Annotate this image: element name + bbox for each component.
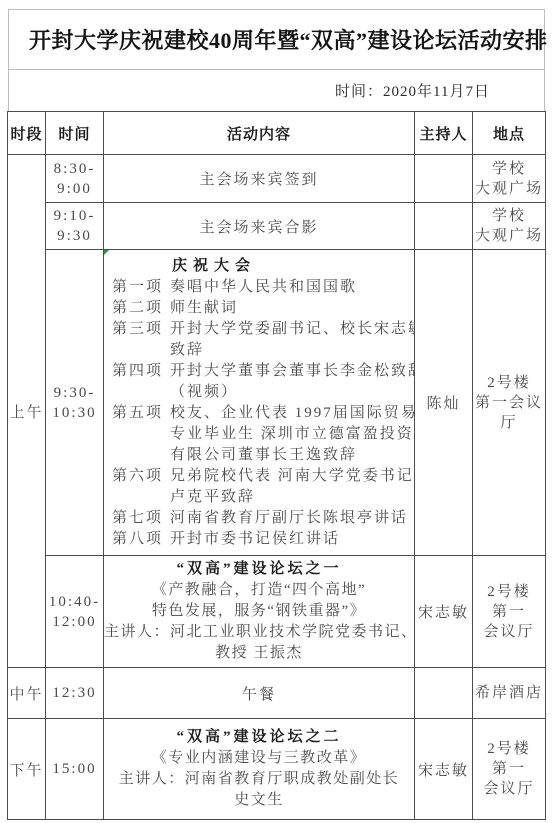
location-line: 学校: [473, 159, 545, 179]
location-cell-photo: 学校 大观广场: [473, 203, 546, 250]
agenda-item-label: 第六项: [112, 466, 163, 487]
agenda-item: 第七项 河南省教育厅副厅长陈垠亭讲话: [112, 508, 412, 529]
agenda-item: 第五项 校友、企业代表 1997届国际贸易 专业毕业生 深圳市立德富盈投资 有限…: [112, 403, 412, 466]
content-cell-ceremony: 庆祝大会 第一项 奏唱中华人民共和国国歌 第二项 师生献词 第三项: [104, 250, 415, 556]
content-cell-signin: 主会场来宾签到: [104, 155, 415, 203]
content-cell-forum1: “双高”建设论坛之一 《产教融合，打造“四个高地” 特色发展，服务“钢铁重器”》…: [104, 556, 415, 668]
location-line: 大观广场: [473, 226, 545, 246]
row-photo: 9:10- 9:30 主会场来宾合影 学校 大观广场: [8, 203, 546, 250]
document-page: 开封大学庆祝建校40周年暨“双高”建设论坛活动安排 时间：2020年11月7日 …: [0, 0, 553, 823]
agenda-item-label: 第五项: [112, 403, 163, 424]
col-header-content: 活动内容: [104, 112, 415, 155]
agenda-item-text: 专业毕业生 深圳市立德富盈投资: [170, 424, 412, 445]
location-line: 2号楼: [473, 739, 545, 759]
green-corner-marker: [104, 250, 109, 255]
host-cell-photo: [415, 203, 473, 250]
agenda-item-label: 第四项: [112, 361, 163, 382]
host-cell-signin: [415, 155, 473, 203]
forum1-line: 教授 王振杰: [104, 643, 414, 664]
forum2-line: 《专业内涵建设与三教改革》: [104, 748, 414, 769]
forum2-title: “双高”建设论坛之二: [104, 727, 414, 748]
row-forum2: 下午 15:00 “双高”建设论坛之二 《专业内涵建设与三教改革》 主讲人：河南…: [8, 719, 546, 820]
table-header-row: 时段 时间 活动内容 主持人 地点: [8, 112, 546, 155]
agenda-item-text: 开封市委书记侯红讲话: [170, 529, 412, 550]
forum2-line: 主讲人：河南省教育厅职成教处副处长: [104, 769, 414, 790]
page-title: 开封大学庆祝建校40周年暨“双高”建设论坛活动安排: [9, 24, 548, 55]
time-line: 12:00: [46, 612, 103, 632]
agenda-item-text: 卢克平致辞: [170, 487, 412, 508]
location-line: 大观广场: [473, 179, 545, 199]
time-line: 8:30-: [46, 159, 103, 179]
location-line: 第一: [473, 759, 545, 779]
agenda-item: 第八项 开封市委书记侯红讲话: [112, 529, 412, 550]
location-line: 厅: [473, 413, 545, 433]
agenda-item: 第一项 奏唱中华人民共和国国歌: [112, 277, 412, 298]
location-line: 学校: [473, 206, 545, 226]
location-line: 第一: [473, 602, 545, 622]
host-cell-ceremony: 陈灿: [415, 250, 473, 556]
location-line: 第一会议: [473, 393, 545, 413]
forum1-line: 主讲人：河北工业职业技术学院党委书记、: [104, 622, 414, 643]
time-cell-signin: 8:30- 9:00: [46, 155, 104, 203]
location-cell-forum2: 2号楼 第一 会议厅: [473, 719, 546, 820]
time-cell-ceremony: 9:30- 10:30: [46, 250, 104, 556]
schedule-table: 时段 时间 活动内容 主持人 地点 上午 8:30- 9:00 主会场来宾签到 …: [7, 111, 546, 820]
agenda-item-text: 河南省教育厅副厅长陈垠亭讲话: [170, 508, 412, 529]
col-header-location: 地点: [473, 112, 546, 155]
location-line: 希岸酒店: [473, 683, 545, 703]
agenda-item-text: 校友、企业代表 1997届国际贸易: [170, 403, 412, 424]
period-cell-afternoon: 下午: [8, 719, 46, 820]
forum1-line: 《产教融合，打造“四个高地”: [104, 580, 414, 601]
agenda-item-label: 第七项: [112, 508, 163, 529]
row-lunch: 中午 12:30 午餐 希岸酒店: [8, 668, 546, 719]
col-header-time: 时间: [46, 112, 104, 155]
agenda-item: 第四项 开封大学董事会董事长李金松致辞 （视频）: [112, 361, 412, 403]
location-cell-ceremony: 2号楼 第一会议 厅: [473, 250, 546, 556]
event-date: 时间：2020年11月7日: [335, 80, 490, 101]
forum1-title: “双高”建设论坛之一: [104, 559, 414, 580]
col-header-period: 时段: [8, 112, 46, 155]
time-line: 9:00: [46, 179, 103, 199]
agenda-item: 第六项 兄弟院校代表 河南大学党委书记 卢克平致辞: [112, 466, 412, 508]
agenda-item-label: 第八项: [112, 529, 163, 550]
forum1-block: “双高”建设论坛之一 《产教融合，打造“四个高地” 特色发展，服务“钢铁重器”》…: [104, 559, 414, 664]
location-cell-lunch: 希岸酒店: [473, 668, 546, 719]
content-cell-photo: 主会场来宾合影: [104, 203, 415, 250]
location-cell-signin: 学校 大观广场: [473, 155, 546, 203]
agenda-item-text: （视频）: [170, 382, 412, 403]
time-cell-forum2: 15:00: [46, 719, 104, 820]
location-line: 会议厅: [473, 622, 545, 642]
host-cell-forum2: 宋志敏: [415, 719, 473, 820]
forum1-line: 特色发展，服务“钢铁重器”》: [104, 601, 414, 622]
agenda-item-text: 师生献词: [170, 298, 412, 319]
agenda-item-text: 有限公司董事长王逸致辞: [170, 445, 412, 466]
time-cell-lunch: 12:30: [46, 668, 104, 719]
time-line: 9:30: [46, 226, 103, 246]
date-row: 时间：2020年11月7日: [8, 69, 545, 111]
time-cell-forum1: 10:40- 12:00: [46, 556, 104, 668]
agenda-item-label: 第三项: [112, 319, 163, 340]
agenda-item-text: 开封大学董事会董事长李金松致辞: [170, 361, 412, 382]
period-cell-noon: 中午: [8, 668, 46, 719]
schedule-sheet: 开封大学庆祝建校40周年暨“双高”建设论坛活动安排 时间：2020年11月7日 …: [8, 9, 545, 820]
agenda-item: 第三项 开封大学党委副书记、校长宋志敏 致辞: [112, 319, 412, 361]
agenda-item-text: 奏唱中华人民共和国国歌: [170, 277, 412, 298]
forum2-block: “双高”建设论坛之二 《专业内涵建设与三教改革》 主讲人：河南省教育厅职成教处副…: [104, 727, 414, 811]
host-cell-forum1: 宋志敏: [415, 556, 473, 668]
location-line: 2号楼: [473, 582, 545, 602]
content-cell-forum2: “双高”建设论坛之二 《专业内涵建设与三教改革》 主讲人：河南省教育厅职成教处副…: [104, 719, 415, 820]
time-line: 10:40-: [46, 592, 103, 612]
row-forum1: 10:40- 12:00 “双高”建设论坛之一 《产教融合，打造“四个高地” 特…: [8, 556, 546, 668]
time-cell-photo: 9:10- 9:30: [46, 203, 104, 250]
time-line: 10:30: [46, 403, 103, 423]
time-line: 9:30-: [46, 383, 103, 403]
agenda-item-text: 兄弟院校代表 河南大学党委书记: [170, 466, 412, 487]
agenda-item-label: 第一项: [112, 277, 163, 298]
agenda-item-label: 第二项: [112, 298, 163, 319]
location-line: 会议厅: [473, 779, 545, 799]
agenda-item: 第二项 师生献词: [112, 298, 412, 319]
ceremony-agenda: 庆祝大会 第一项 奏唱中华人民共和国国歌 第二项 师生献词 第三项: [104, 255, 414, 550]
location-line: 2号楼: [473, 373, 545, 393]
title-row: 开封大学庆祝建校40周年暨“双高”建设论坛活动安排: [8, 9, 545, 69]
ceremony-title: 庆祝大会: [172, 255, 412, 277]
agenda-item-text: 致辞: [170, 340, 412, 361]
col-header-host: 主持人: [415, 112, 473, 155]
row-ceremony: 9:30- 10:30 庆祝大会 第一项 奏唱中华人民共和国国歌 第二项 师生献…: [8, 250, 546, 556]
period-cell-morning: 上午: [8, 155, 46, 668]
time-line: 9:10-: [46, 206, 103, 226]
agenda-item-text: 开封大学党委副书记、校长宋志敏: [170, 319, 412, 340]
forum2-line: 史文生: [104, 790, 414, 811]
host-cell-lunch: [415, 668, 473, 719]
location-cell-forum1: 2号楼 第一 会议厅: [473, 556, 546, 668]
content-cell-lunch: 午餐: [104, 668, 415, 719]
row-signin: 上午 8:30- 9:00 主会场来宾签到 学校 大观广场: [8, 155, 546, 203]
